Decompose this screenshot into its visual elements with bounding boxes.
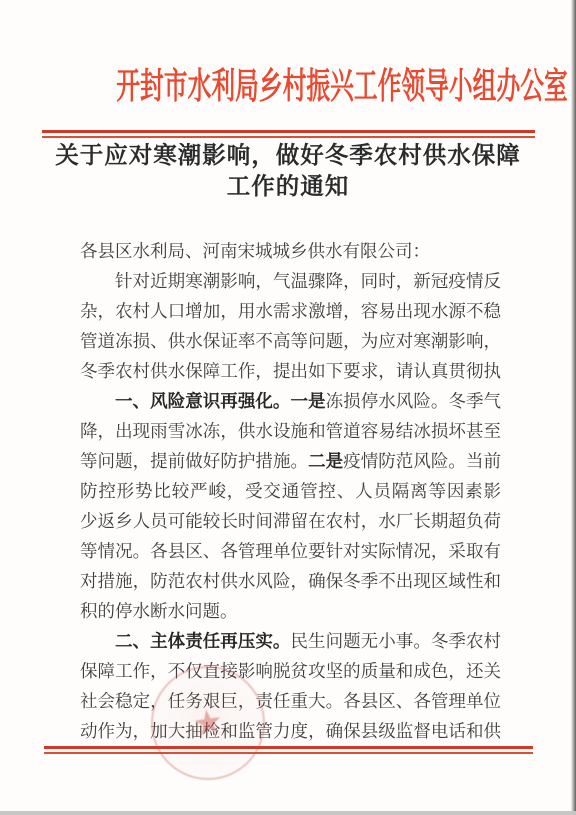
body-line: 针对近期寒潮影响，气温骤降，同时，新冠疫情反复复 (80, 266, 501, 296)
document-title-line1: 关于应对寒潮影响，做好冬季农村供水保障 (55, 143, 521, 169)
body-line: 一、风险意识再强化。一是冻损停水风险。冬季气温下 (80, 386, 501, 416)
body-text: 动作为，加大抽检和监管力度，确保县级监督电话和供水单 (80, 721, 501, 746)
body-line: 冬季农村供水保障工作，提出如下要求，请认真贯彻执行。 (80, 356, 501, 386)
body-line: 少返乡人员可能较长时间滞留在农村，水厂长期超负荷运转 (80, 506, 501, 536)
body-text: 防控形势比较严峻，受交通管控、人员隔离等因素影响，不 (80, 481, 501, 506)
body-text: 杂，农村人口增加，用水需求激增，容易出现水源不稳定、 (80, 301, 501, 326)
body-line: 二、主体责任再压实。民生问题无小事。冬季农村供水 (80, 626, 501, 656)
body-text: 对措施，防范农村供水风险，确保冬季不出现区域性和大面 (80, 571, 501, 596)
body-emphasis-text: 二是 (308, 451, 343, 471)
document-letterhead: 开封市水利局乡村振兴工作领导小组办公室 (0, 60, 576, 112)
body-line: 管道冻损、供水保证率不高等问题，为应对寒潮影响，做好 (80, 326, 501, 356)
body-line: 对措施，防范农村供水风险，确保冬季不出现区域性和大面 (80, 566, 501, 596)
header-divider-double-rule (42, 130, 535, 138)
document-page: 开封市水利局乡村振兴工作领导小组办公室 关于应对寒潮影响，做好冬季农村供水保障 … (0, 0, 576, 815)
body-line: 等情况。各县区、各管理单位要针对实际情况，采取有力应 (80, 536, 501, 566)
body-emphasis-text: 一是 (290, 391, 325, 411)
body-line: 保障工作，不仅直接影响脱贫攻坚的质量和成色，还关系到 (80, 656, 501, 686)
body-line: 动作为，加大抽检和监管力度，确保县级监督电话和供水单 (80, 716, 501, 746)
body-emphasis-text: 一、风险意识再强化。 (115, 391, 290, 411)
body-line: 杂，农村人口增加，用水需求激增，容易出现水源不稳定、 (80, 296, 501, 326)
body-text: 积的停水断水问题。 (80, 601, 238, 621)
issuing-office-title: 开封市水利局乡村振兴工作领导小组办公室 (116, 60, 567, 112)
document-body: 各县区水利局、河南宋城城乡供水有限公司：针对近期寒潮影响，气温骤降，同时，新冠疫… (80, 236, 501, 746)
body-text: 降，出现雨雪冰冻，供水设施和管道容易结冰损坏甚至爆管 (80, 421, 501, 446)
body-line: 降，出现雨雪冰冻，供水设施和管道容易结冰损坏甚至爆管 (80, 416, 501, 446)
body-text: 等问题，提前做好防护措施。 (80, 451, 308, 471)
body-text: 等情况。各县区、各管理单位要针对实际情况，采取有力应 (80, 541, 501, 566)
body-emphasis-text: 二、主体责任再压实。 (115, 631, 290, 651)
body-text: 少返乡人员可能较长时间滞留在农村，水厂长期超负荷运转 (80, 511, 501, 536)
body-text: 保障工作，不仅直接影响脱贫攻坚的质量和成色，还关系到 (80, 661, 501, 686)
body-text: 社会稳定，任务艰巨，责任重大。各县区、各管理单位要主 (80, 691, 501, 716)
footer-divider-double-rule (44, 746, 533, 754)
rule-thin-line (44, 752, 533, 754)
body-line: 各县区水利局、河南宋城城乡供水有限公司： (80, 236, 501, 266)
scan-edge-right (571, 0, 576, 815)
body-line: 防控形势比较严峻，受交通管控、人员隔离等因素影响，不 (80, 476, 501, 506)
body-text: 各县区水利局、河南宋城城乡供水有限公司： (80, 241, 430, 261)
body-text: 针对近期寒潮影响，气温骤降，同时，新冠疫情反复复 (80, 271, 501, 296)
body-text: 管道冻损、供水保证率不高等问题，为应对寒潮影响，做好 (80, 331, 501, 356)
document-title: 关于应对寒潮影响，做好冬季农村供水保障 工作的通知 (0, 141, 576, 203)
body-line: 社会稳定，任务艰巨，责任重大。各县区、各管理单位要主 (80, 686, 501, 716)
document-title-line2: 工作的通知 (227, 174, 350, 200)
body-line: 等问题，提前做好防护措施。二是疫情防范风险。当前疫情 (80, 446, 501, 476)
rule-thin-line (42, 136, 535, 138)
scan-edge-bottom (0, 811, 576, 815)
body-text: 冬季农村供水保障工作，提出如下要求，请认真贯彻执行。 (80, 361, 501, 386)
body-line: 积的停水断水问题。 (80, 596, 501, 626)
